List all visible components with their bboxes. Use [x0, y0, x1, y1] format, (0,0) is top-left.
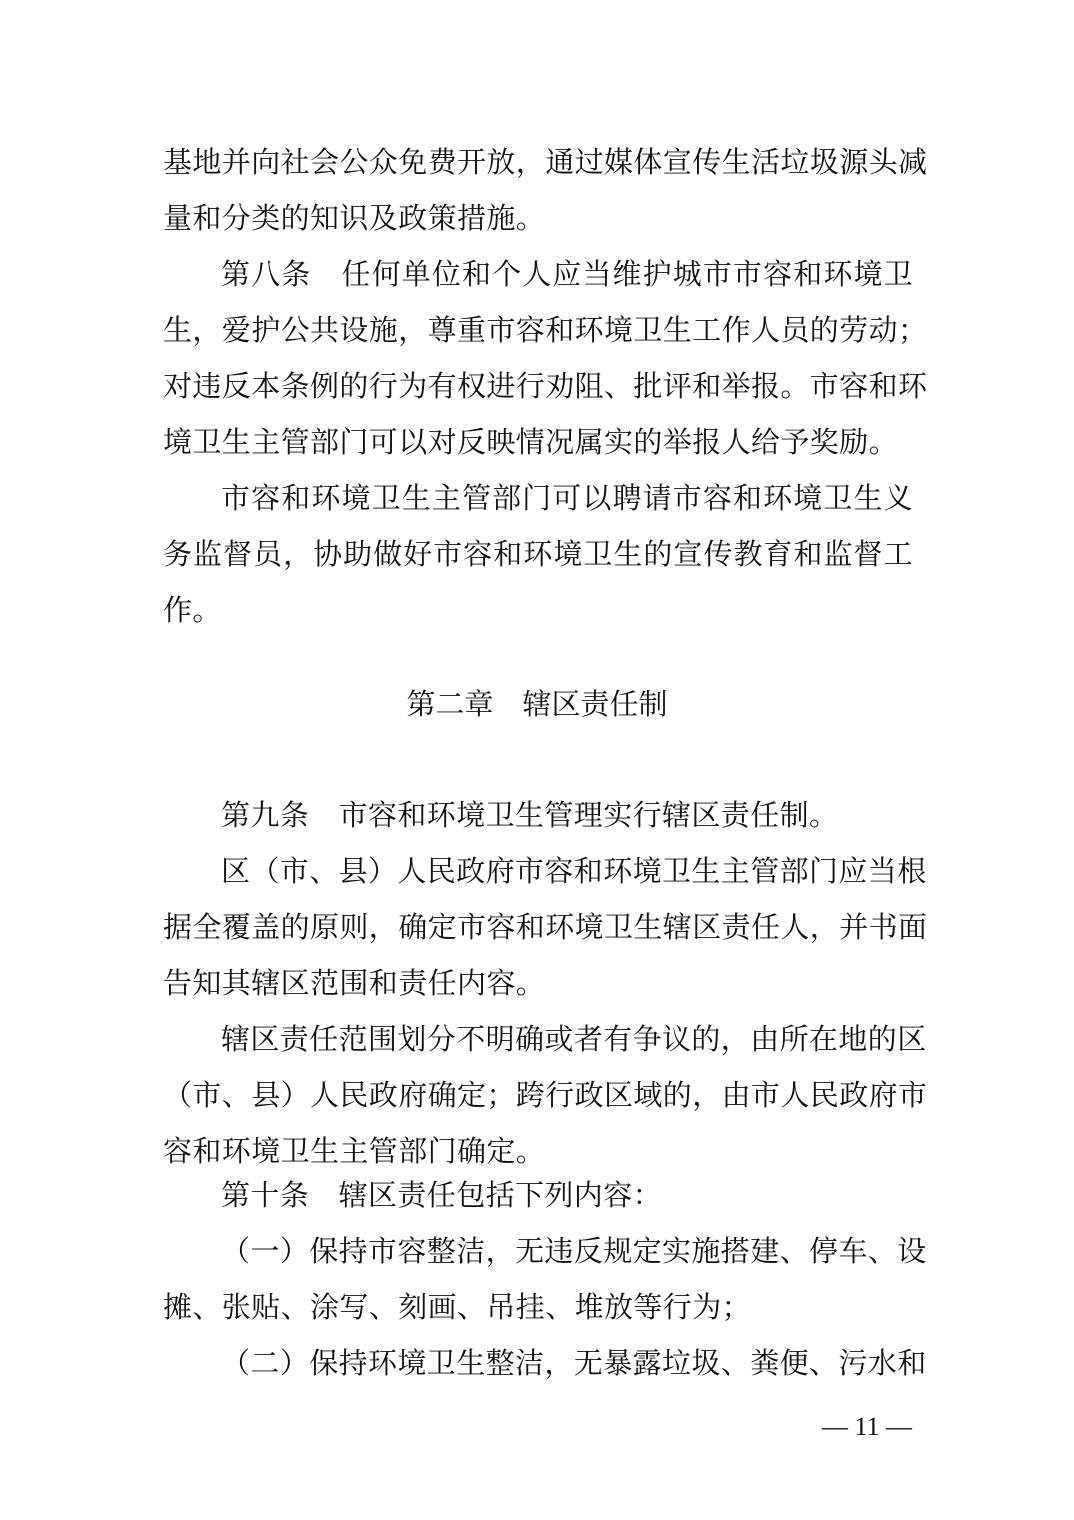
article-8-line: 第八条 任何单位和个人应当维护城市市容和环境卫 [221, 254, 913, 294]
article-8-line: 生，爱护公共设施，尊重市容和环境卫生工作人员的劳动； [163, 310, 913, 350]
article-8-paragraph-2-line: 务监督员，协助做好市容和环境卫生的宣传教育和监督工 [163, 534, 913, 574]
article-9-paragraph-2-line: 区（市、县）人民政府市容和环境卫生主管部门应当根 [221, 851, 913, 891]
page-number: — 11 — [800, 1412, 912, 1442]
paragraph-line: 量和分类的知识及政策措施。 [163, 198, 913, 238]
article-9-paragraph-2-line: 据全覆盖的原则，确定市容和环境卫生辖区责任人，并书面 [163, 907, 913, 947]
article-10-item-1-line: （一）保持市容整洁，无违反规定实施搭建、停车、设 [221, 1231, 913, 1271]
article-8-paragraph-2-line: 市容和环境卫生主管部门可以聘请市容和环境卫生义 [221, 478, 913, 518]
article-9-paragraph-3-line: 辖区责任范围划分不明确或者有争议的，由所在地的区 [221, 1019, 913, 1059]
article-8-line: 对违反本条例的行为有权进行劝阻、批评和举报。市容和环 [163, 366, 913, 406]
article-8-paragraph-2-line: 作。 [163, 590, 913, 630]
document-page: 基地并向社会公众免费开放，通过媒体宣传生活垃圾源头减 量和分类的知识及政策措施。… [0, 0, 1074, 1520]
paragraph-line: 基地并向社会公众免费开放，通过媒体宣传生活垃圾源头减 [163, 142, 913, 182]
article-9-paragraph-3-line: （市、县）人民政府确定；跨行政区域的，由市人民政府市 [163, 1075, 913, 1115]
chapter-heading: 第二章 辖区责任制 [0, 684, 1074, 724]
article-9-paragraph-2-line: 告知其辖区范围和责任内容。 [163, 963, 913, 1003]
article-9-paragraph-3-line: 容和环境卫生主管部门确定。 [163, 1131, 913, 1171]
article-10-line: 第十条 辖区责任包括下列内容： [221, 1175, 913, 1215]
article-8-line: 境卫生主管部门可以对反映情况属实的举报人给予奖励。 [163, 422, 913, 462]
article-9-line: 第九条 市容和环境卫生管理实行辖区责任制。 [221, 795, 913, 835]
article-10-item-1-line: 摊、张贴、涂写、刻画、吊挂、堆放等行为； [163, 1287, 913, 1327]
article-10-item-2-line: （二）保持环境卫生整洁，无暴露垃圾、粪便、污水和 [221, 1343, 913, 1383]
